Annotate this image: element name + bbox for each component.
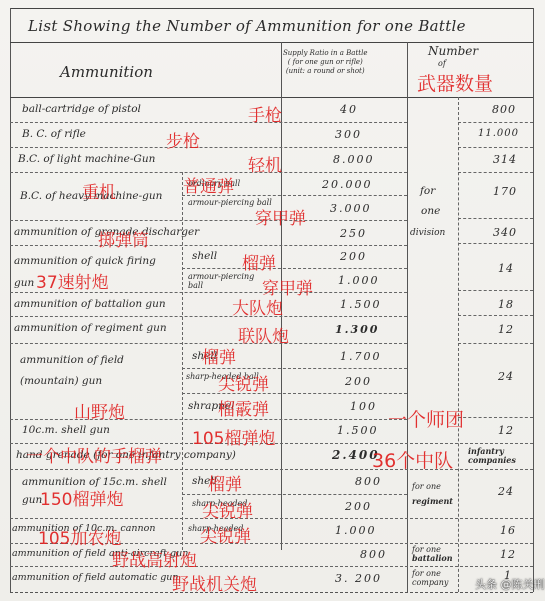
annotation-15cm-shell: 榴弹 — [208, 470, 242, 495]
supply-regiment-gun: 1.300 — [335, 323, 379, 336]
type-qf-ap: armour-piercing ball — [188, 272, 268, 290]
scope-division-one: one — [421, 205, 440, 217]
supply-hmg-ap: 3.000 — [330, 202, 372, 215]
number-battalion-gun: 18 — [498, 298, 514, 311]
number-15cm-shell-gun: 24 — [498, 485, 514, 498]
row-line — [10, 316, 407, 317]
supply-15cm-shell: 800 — [355, 475, 382, 488]
row-line — [458, 172, 533, 173]
supply-field-automatic-gun: 3. 200 — [335, 572, 382, 585]
supply-qf-ap: 1.000 — [338, 274, 380, 287]
header-bottom — [10, 97, 533, 98]
frame-bottom — [10, 592, 533, 593]
row-line — [458, 218, 533, 219]
annotation-field-automatic-gun: 野战机关炮 — [172, 570, 257, 595]
row-line — [458, 243, 533, 244]
supply-qf-shell: 200 — [340, 250, 367, 263]
row-line — [458, 122, 533, 123]
supply-field-sharp: 200 — [345, 375, 372, 388]
row-line — [10, 469, 533, 470]
frame-right — [533, 8, 534, 592]
annotation-rifle: 步枪 — [166, 127, 200, 152]
ammo-rifle: B. C. of rifle — [22, 128, 86, 140]
row-line — [10, 147, 407, 148]
number-10cm-cannon: 16 — [500, 524, 516, 537]
annotation-36-companies: 36个中队 — [372, 446, 453, 473]
annotation-field-aa-gun: 野战高射炮 — [112, 546, 197, 571]
ammo-10cm-shell-gun: 10c.m. shell gun — [22, 424, 110, 436]
row-line — [10, 245, 407, 246]
annotation-qf-shell: 榴弹 — [242, 249, 276, 274]
supply-pistol: 40 — [340, 103, 358, 116]
annotation-field-shrapnel: 榴霰弹 — [218, 395, 269, 420]
watermark: 头条 @陈关刑 — [475, 576, 545, 592]
row-line — [458, 147, 533, 148]
ammo-field-automatic-gun: ammunition of field automatic gun — [12, 572, 179, 583]
annotation-regiment-gun: 联队炮 — [238, 322, 289, 347]
number-field-gun: 24 — [498, 370, 514, 383]
number-quick-firing: 14 — [498, 262, 514, 275]
row-line — [10, 122, 407, 123]
number-grenade-discharger: 340 — [493, 226, 517, 239]
annotation-grenade-discharger: 掷弹筒 — [98, 226, 149, 251]
number-lmg: 314 — [493, 153, 517, 166]
supply-rifle: 300 — [335, 128, 362, 141]
supply-lmg: 8.000 — [333, 153, 375, 166]
row-line — [10, 220, 407, 221]
document-title: List Showing the Number of Ammunition fo… — [28, 17, 466, 35]
frame-top — [10, 8, 533, 9]
header-supply-ratio: Supply Ratio in a Battle ( for one gun o… — [283, 49, 367, 76]
scope-regiment-regiment: regiment — [412, 497, 453, 506]
number-hmg: 170 — [493, 185, 517, 198]
scope-company-forone: for one — [412, 569, 441, 578]
type-qf-shell: shell — [192, 250, 217, 262]
ammo-pistol: ball-cartridge of pistol — [22, 103, 141, 115]
supply-15cm-sharp: 200 — [345, 500, 372, 513]
title-bottom — [10, 42, 533, 43]
ammo-regiment-gun: ammunition of regiment gun — [14, 322, 167, 334]
row-line — [10, 518, 533, 519]
annotation-hmg: 重机 — [82, 178, 116, 203]
scope-division-for: for — [420, 185, 435, 197]
col-divider-scope — [407, 42, 408, 592]
annotation-10cm-cannon-sharp: 尖锐弹 — [200, 522, 251, 547]
number-rifle: 11.000 — [478, 128, 519, 139]
annotation-lmg: 轻机 — [248, 151, 282, 176]
scope-division-division: division — [410, 228, 445, 238]
document-sheet: List Showing the Number of Ammunition fo… — [0, 0, 545, 601]
number-10cm-shell-gun: 12 — [498, 424, 514, 437]
supply-10cm-shell-gun: 1.500 — [337, 424, 379, 437]
header-supply-line-1: Supply Ratio in a Battle — [283, 49, 367, 58]
row-line — [10, 419, 407, 420]
annotation-field-sharp: 尖锐弹 — [218, 370, 269, 395]
number-hand-grenade: infantry companies — [468, 447, 530, 465]
annotation-field-gun: 山野炮 — [74, 398, 125, 423]
supply-10cm-cannon: 1.000 — [335, 524, 377, 537]
row-line — [458, 290, 533, 291]
number-field-aa-gun: 12 — [500, 548, 516, 561]
row-line — [182, 393, 407, 394]
row-line — [458, 315, 533, 316]
annotation-15cm-shell-gun: 150榴弹炮 — [40, 485, 123, 510]
header-ammunition: Ammunition — [60, 63, 153, 81]
scope-regiment-forone: for one — [412, 482, 441, 491]
row-line — [458, 343, 533, 344]
annotation-15cm-sharp: 尖锐弹 — [202, 497, 253, 522]
annotation-10cm-shell-gun: 105榴弹炮 — [192, 424, 275, 449]
annotation-battalion-gun: 大队炮 — [232, 294, 283, 319]
ammo-battalion-gun: ammunition of battalion gun — [14, 298, 166, 310]
annotation-hmg-ap: 穿甲弹 — [255, 204, 306, 229]
supply-hmg-ordinary: 20.000 — [322, 178, 373, 191]
header-number-of: of — [438, 59, 446, 68]
annotation-field-shell: 榴弹 — [202, 343, 236, 368]
annotation-quick-firing: 37速射炮 — [36, 268, 109, 293]
supply-grenade-discharger: 250 — [340, 227, 367, 240]
supply-field-aa-gun: 800 — [360, 548, 387, 561]
header-supply-line-2: ( for one gun or rifle) — [283, 58, 367, 67]
ammo-lmg: B.C. of light machine-Gun — [18, 153, 155, 165]
annotation-one-division: 一个师团 — [388, 405, 464, 432]
header-number: Number — [428, 44, 478, 58]
supply-field-shell: 1.700 — [340, 350, 382, 363]
supply-battalion-gun: 1.500 — [340, 298, 382, 311]
annotation-number-header: 武器数量 — [417, 69, 493, 96]
annotation-hand-grenade: 一个中队的手榴弹 — [26, 442, 162, 467]
scope-battalion-battalion: battalion — [412, 554, 453, 563]
number-regiment-gun: 12 — [498, 323, 514, 336]
header-supply-line-3: (unit: a round or shot) — [283, 67, 367, 76]
annotation-pistol: 手枪 — [248, 101, 282, 126]
row-line — [10, 566, 533, 567]
row-line — [182, 368, 407, 369]
row-line — [458, 417, 533, 418]
supply-field-shrapnel: 100 — [350, 400, 377, 413]
annotation-10cm-cannon: 105加农炮 — [38, 524, 121, 549]
annotation-hmg-ordinary: 普通弹 — [183, 172, 234, 197]
scope-company-company: company — [412, 578, 448, 587]
number-pistol: 800 — [492, 103, 516, 116]
row-line — [182, 268, 407, 269]
ammo-field-mountain-gun: ammunition of field (mountain) gun — [20, 350, 160, 392]
frame-left — [10, 8, 11, 592]
